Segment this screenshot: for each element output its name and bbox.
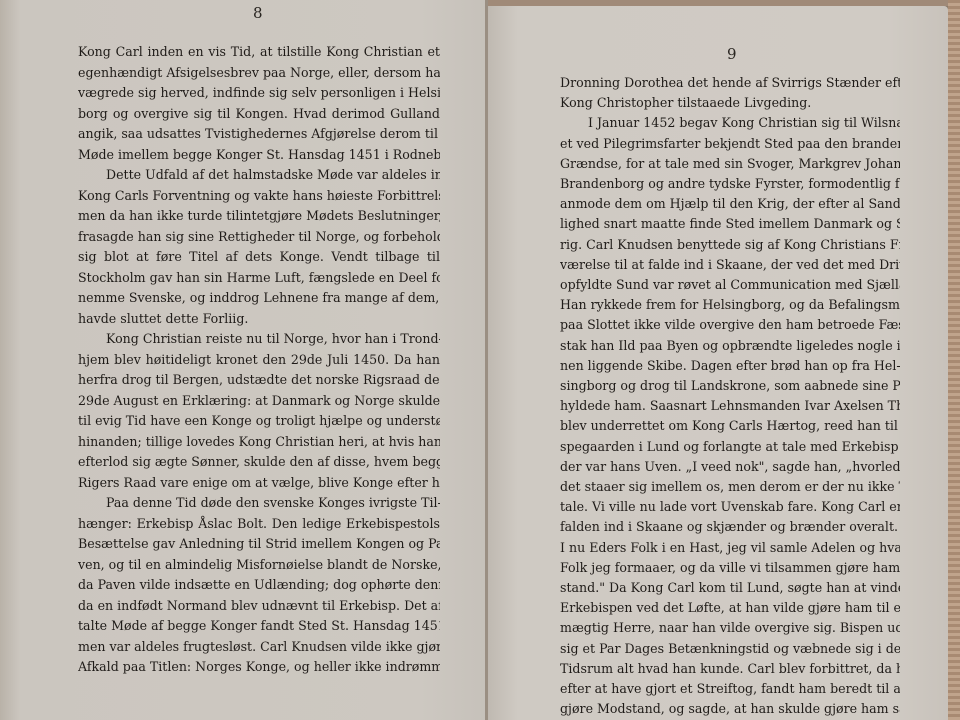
text-line: spegaarden i Lund og forlangte at tale m…	[560, 437, 900, 457]
text-line: Kong Carls Forventning og vakte hans høi…	[78, 186, 440, 207]
text-line: herfra drog til Bergen, udstædte det nor…	[78, 370, 440, 391]
text-line: nemme Svenske, og inddrog Lehnene fra ma…	[78, 288, 440, 309]
text-line: frasagde han sig sine Rettigheder til No…	[78, 227, 440, 248]
text-line: lighed snart maatte finde Sted imellem D…	[560, 214, 900, 234]
text-line: da Paven vilde indsætte en Udlænding; do…	[78, 575, 440, 596]
text-line: singborg og drog til Landskrone, som aab…	[560, 376, 900, 396]
text-line: egenhændigt Afsigelsesbrev paa Norge, el…	[78, 63, 440, 84]
text-line: gjøre Modstand, og sagde, at han skulde …	[560, 699, 900, 719]
text-line: da en indfødt Normand blev udnævnt til E…	[78, 596, 440, 617]
text-line: Besættelse gav Anledning til Strid imell…	[78, 534, 440, 555]
text-line: vægrede sig herved, indfinde sig selv pe…	[78, 83, 440, 104]
text-line: Kong Christian reiste nu til Norge, hvor…	[78, 329, 440, 350]
text-line: tale. Vi ville nu lade vort Uvenskab far…	[560, 497, 900, 517]
text-line: der var hans Uven. „I veed nok", sagde h…	[560, 457, 900, 477]
text-line: rig. Carl Knudsen benyttede sig af Kong …	[560, 235, 900, 255]
text-line: men da han ikke turde tilintetgjøre Møde…	[78, 206, 440, 227]
text-line: paa Slottet ikke vilde overgive den ham …	[560, 315, 900, 335]
text-line: efter at have gjort et Streiftog, fandt …	[560, 679, 900, 699]
text-line: til evig Tid have een Konge og troligt h…	[78, 411, 440, 432]
text-line: anmode dem om Hjælp til den Krig, der ef…	[560, 194, 900, 214]
text-line: Kong Carl inden en vis Tid, at tilstille…	[78, 42, 440, 63]
text-line: stak han Ild paa Byen og opbrændte ligel…	[560, 336, 900, 356]
text-line: I Januar 1452 begav Kong Christian sig t…	[560, 113, 900, 133]
text-line: Rigers Raad vare enige om at vælge, bliv…	[78, 473, 440, 494]
text-line: Møde imellem begge Konger St. Hansdag 14…	[78, 145, 440, 166]
text-line: hyldede ham. Saasnart Lehnsmanden Ivar A…	[560, 396, 900, 416]
text-line: Afkald paa Titlen: Norges Konge, og hell…	[78, 657, 440, 678]
text-line: værelse til at falde ind i Skaane, der v…	[560, 255, 900, 275]
page-number: 8	[253, 4, 263, 22]
text-line: hjem blev høitideligt kronet den 29de Ju…	[78, 350, 440, 371]
text-line: Stockholm gav han sin Harme Luft, fængsl…	[78, 268, 440, 289]
text-line: borg og overgive sig til Kongen. Hvad de…	[78, 104, 440, 125]
text-line: blev underrettet om Kong Carls Hærtog, r…	[560, 416, 900, 436]
text-line: Brandenborg og andre tydske Fyrster, for…	[560, 174, 900, 194]
text-line: efterlod sig ægte Sønner, skulde den af …	[78, 452, 440, 473]
left-page: 8 Kong Carl inden en vis Tid, at tilstil…	[0, 0, 487, 720]
page-stack-edge	[948, 0, 960, 720]
text-line: I nu Eders Folk i en Hast, jeg vil samle…	[560, 538, 900, 558]
page-number: 9	[727, 45, 737, 63]
text-line: angik, saa udsattes Tvistighedernes Afgj…	[78, 124, 440, 145]
text-line: 29de August en Erklæring: at Danmark og …	[78, 391, 440, 412]
text-line: Paa denne Tid døde den svenske Konges iv…	[78, 493, 440, 514]
text-line: hænger: Erkebisp Åslac Bolt. Den ledige …	[78, 514, 440, 535]
text-line: mægtig Herre, naar han vilde overgive si…	[560, 618, 900, 638]
text-line: Han rykkede frem for Helsingborg, og da …	[560, 295, 900, 315]
right-page: 9 Dronning Dorothea det hende af Svirrig…	[488, 6, 948, 720]
text-line: Dronning Dorothea det hende af Svirrigs …	[560, 73, 900, 93]
text-line: et ved Pilegrimsfarter bekjendt Sted paa…	[560, 134, 900, 154]
text-line: Tidsrum alt hvad han kunde. Carl blev fo…	[560, 659, 900, 679]
text-line: sig et Par Dages Betænkningstid og væbne…	[560, 639, 900, 659]
text-line: opfyldte Sund var røvet al Communication…	[560, 275, 900, 295]
text-line: falden ind i Skaane og skjænder og brænd…	[560, 517, 900, 537]
text-line: stand." Da Kong Carl kom til Lund, søgte…	[560, 578, 900, 598]
text-line: Folk jeg formaaer, og da ville vi tilsam…	[560, 558, 900, 578]
text-line: Dette Udfald af det halmstadske Møde var…	[78, 165, 440, 186]
text-line: nen liggende Skibe. Dagen efter brød han…	[560, 356, 900, 376]
text-line: det staaer sig imellem os, men derom er …	[560, 477, 900, 497]
text-line: havde sluttet dette Forliig.	[78, 309, 440, 330]
text-line: ven, og til en almindelig Misfornøielse …	[78, 555, 440, 576]
text-line: men var aldeles frugtesløst. Carl Knudse…	[78, 637, 440, 658]
text-line: talte Møde af begge Konger fandt Sted St…	[78, 616, 440, 637]
text-line: Kong Christopher tilstaaede Livgeding.	[560, 93, 900, 113]
text-line: hinanden; tillige lovedes Kong Christian…	[78, 432, 440, 453]
text-line: Grændse, for at tale med sin Svoger, Mar…	[560, 154, 900, 174]
page-body-text: Kong Carl inden en vis Tid, at tilstille…	[78, 42, 440, 678]
text-line: sig blot at føre Titel af dets Konge. Ve…	[78, 247, 440, 268]
page-body-text: Dronning Dorothea det hende af Svirrigs …	[560, 73, 900, 720]
text-line: Erkebispen ved det Løfte, at han vilde g…	[560, 598, 900, 618]
